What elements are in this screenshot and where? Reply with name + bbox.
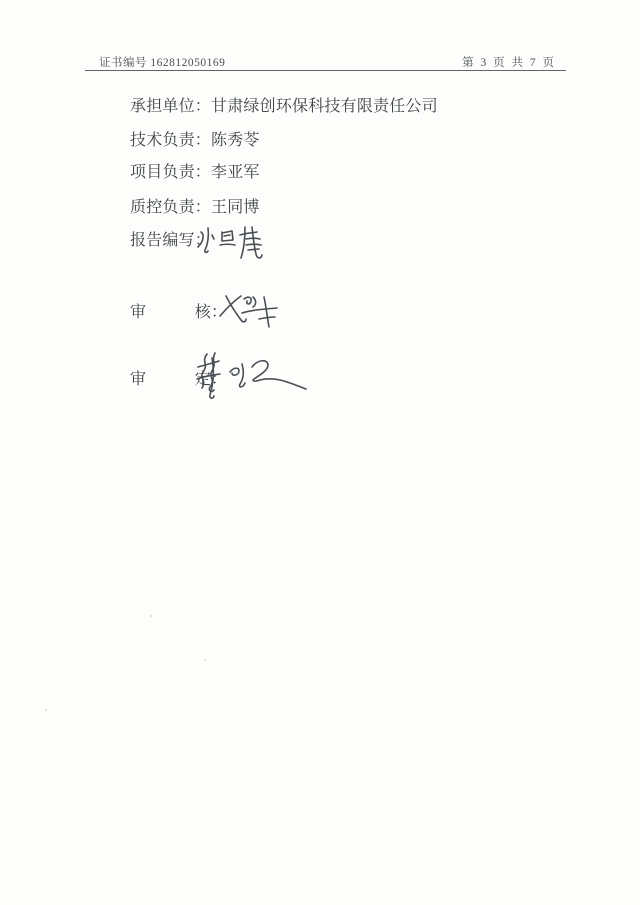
handwriting-icon xyxy=(192,349,314,403)
field-value: 王同博 xyxy=(211,199,260,216)
field-label: 项目负责： xyxy=(130,164,211,181)
handwriting-icon xyxy=(216,289,282,333)
handwriting-icon xyxy=(196,223,271,265)
report-writer-signature xyxy=(196,223,271,265)
approver-signature xyxy=(192,349,314,403)
field-label: 技术负责： xyxy=(130,132,211,149)
field-technical-lead: 技术负责：陈秀苓 xyxy=(130,133,260,149)
field-undertaking-unit: 承担单位：甘肃绿创环保科技有限责任公司 xyxy=(130,99,438,115)
page-indicator: 第 3 页 共 7 页 xyxy=(462,54,556,70)
reviewer-signature xyxy=(216,289,282,333)
scan-noise-dot xyxy=(204,659,206,661)
scan-noise-dot xyxy=(150,615,152,617)
field-value: 甘肃绿创环保科技有限责任公司 xyxy=(211,98,438,115)
document-page: 证书编号 162812050169 第 3 页 共 7 页 承担单位：甘肃绿创环… xyxy=(0,0,640,905)
field-value: 李亚军 xyxy=(211,164,260,181)
scan-noise-dot xyxy=(45,709,47,711)
field-label: 审 核： xyxy=(130,304,227,321)
header-rule xyxy=(85,70,566,71)
field-label: 质控负责： xyxy=(130,199,211,216)
certificate-number: 证书编号 162812050169 xyxy=(99,54,225,70)
field-label: 承担单位： xyxy=(130,98,211,115)
field-reviewer: 审 核： xyxy=(130,305,227,321)
field-project-lead: 项目负责：李亚军 xyxy=(130,165,260,181)
field-value: 陈秀苓 xyxy=(211,132,260,149)
field-qc-lead: 质控负责：王同博 xyxy=(130,200,260,216)
